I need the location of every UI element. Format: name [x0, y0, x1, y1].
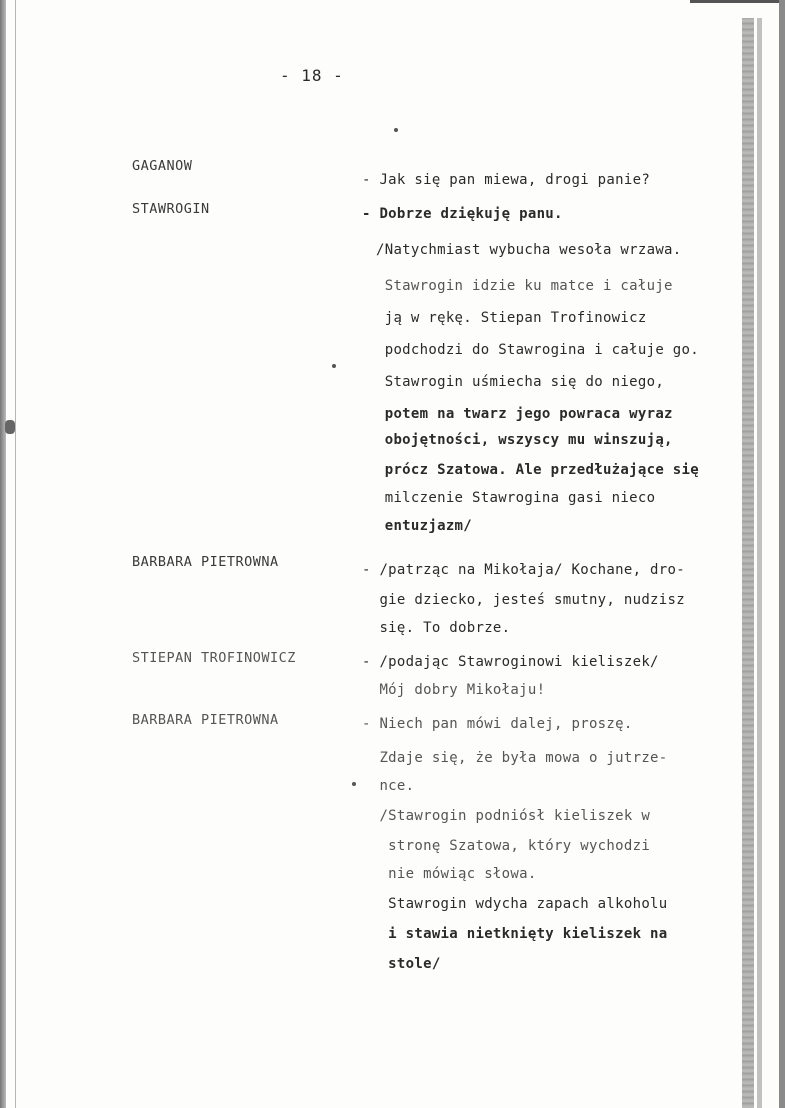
dialogue-line: się. To dobrze.	[362, 620, 510, 636]
dialogue-line: - Jak się pan miewa, drogi panie?	[362, 172, 650, 188]
stage-direction-line: Stawrogin uśmiecha się do niego,	[376, 374, 664, 390]
stage-direction-line: entuzjazm/	[376, 518, 472, 534]
scan-right-edge	[779, 0, 785, 1108]
stage-direction-line: /Natychmiast wybucha wesoła wrzawa.	[376, 242, 682, 258]
typescript-page: - 18 - GAGANOW - Jak się pan miewa, drog…	[0, 0, 785, 1108]
stage-direction-line: nie mówiąc słowa.	[362, 866, 537, 882]
stage-direction-line: prócz Szatowa. Ale przedłużające się	[376, 462, 699, 478]
dialogue-line: Zdaje się, że była mowa o jutrze-	[362, 750, 668, 766]
scan-top-edge	[690, 0, 785, 3]
scan-left-line	[15, 0, 16, 1108]
speaker-name: BARBARA PIETROWNA	[132, 712, 279, 728]
stage-direction-line: obojętności, wszyscy mu winszują,	[376, 432, 673, 448]
speaker-name: GAGANOW	[132, 158, 192, 174]
dialogue-line: - Niech pan mówi dalej, proszę.	[362, 716, 633, 732]
scan-right-shadow-line	[757, 18, 762, 1108]
ink-speck	[332, 364, 336, 368]
stage-direction-line: potem na twarz jego powraca wyraz	[376, 406, 673, 422]
dialogue-line: - Dobrze dziękuję panu.	[362, 206, 563, 222]
dialogue-line: - /patrząc na Mikołaja/ Kochane, dro-	[362, 562, 685, 578]
stage-direction-line: milczenie Stawrogina gasi nieco	[376, 490, 655, 506]
speaker-name: STIEPAN TROFINOWICZ	[132, 650, 296, 666]
dialogue-line: - /podając Stawroginowi kieliszek/	[362, 654, 659, 670]
scan-punch-mark	[5, 420, 15, 434]
stage-direction-line: /Stawrogin podniósł kieliszek w	[362, 808, 650, 824]
ink-speck	[394, 128, 398, 132]
stage-direction-line: stronę Szatowa, który wychodzi	[362, 838, 650, 854]
dialogue-line: gie dziecko, jesteś smutny, nudzisz	[362, 592, 685, 608]
stage-direction-line: ją w rękę. Stiepan Trofinowicz	[376, 310, 647, 326]
scan-right-shadow	[742, 18, 754, 1108]
dialogue-line: nce.	[362, 778, 414, 794]
stage-direction-line: Stawrogin idzie ku matce i całuje	[376, 278, 673, 294]
stage-direction-line: Stawrogin wdycha zapach alkoholu	[362, 896, 668, 912]
stage-direction-line: podchodzi do Stawrogina i całuje go.	[376, 342, 699, 358]
speaker-name: STAWROGIN	[132, 201, 210, 217]
scan-left-edge	[0, 0, 6, 1108]
page-number: - 18 -	[280, 66, 344, 85]
stage-direction-line: stole/	[362, 956, 441, 972]
speaker-name: BARBARA PIETROWNA	[132, 554, 279, 570]
dialogue-line: Mój dobry Mikołaju!	[362, 682, 545, 698]
stage-direction-line: i stawia nietknięty kieliszek na	[362, 926, 668, 942]
ink-speck	[352, 782, 356, 786]
